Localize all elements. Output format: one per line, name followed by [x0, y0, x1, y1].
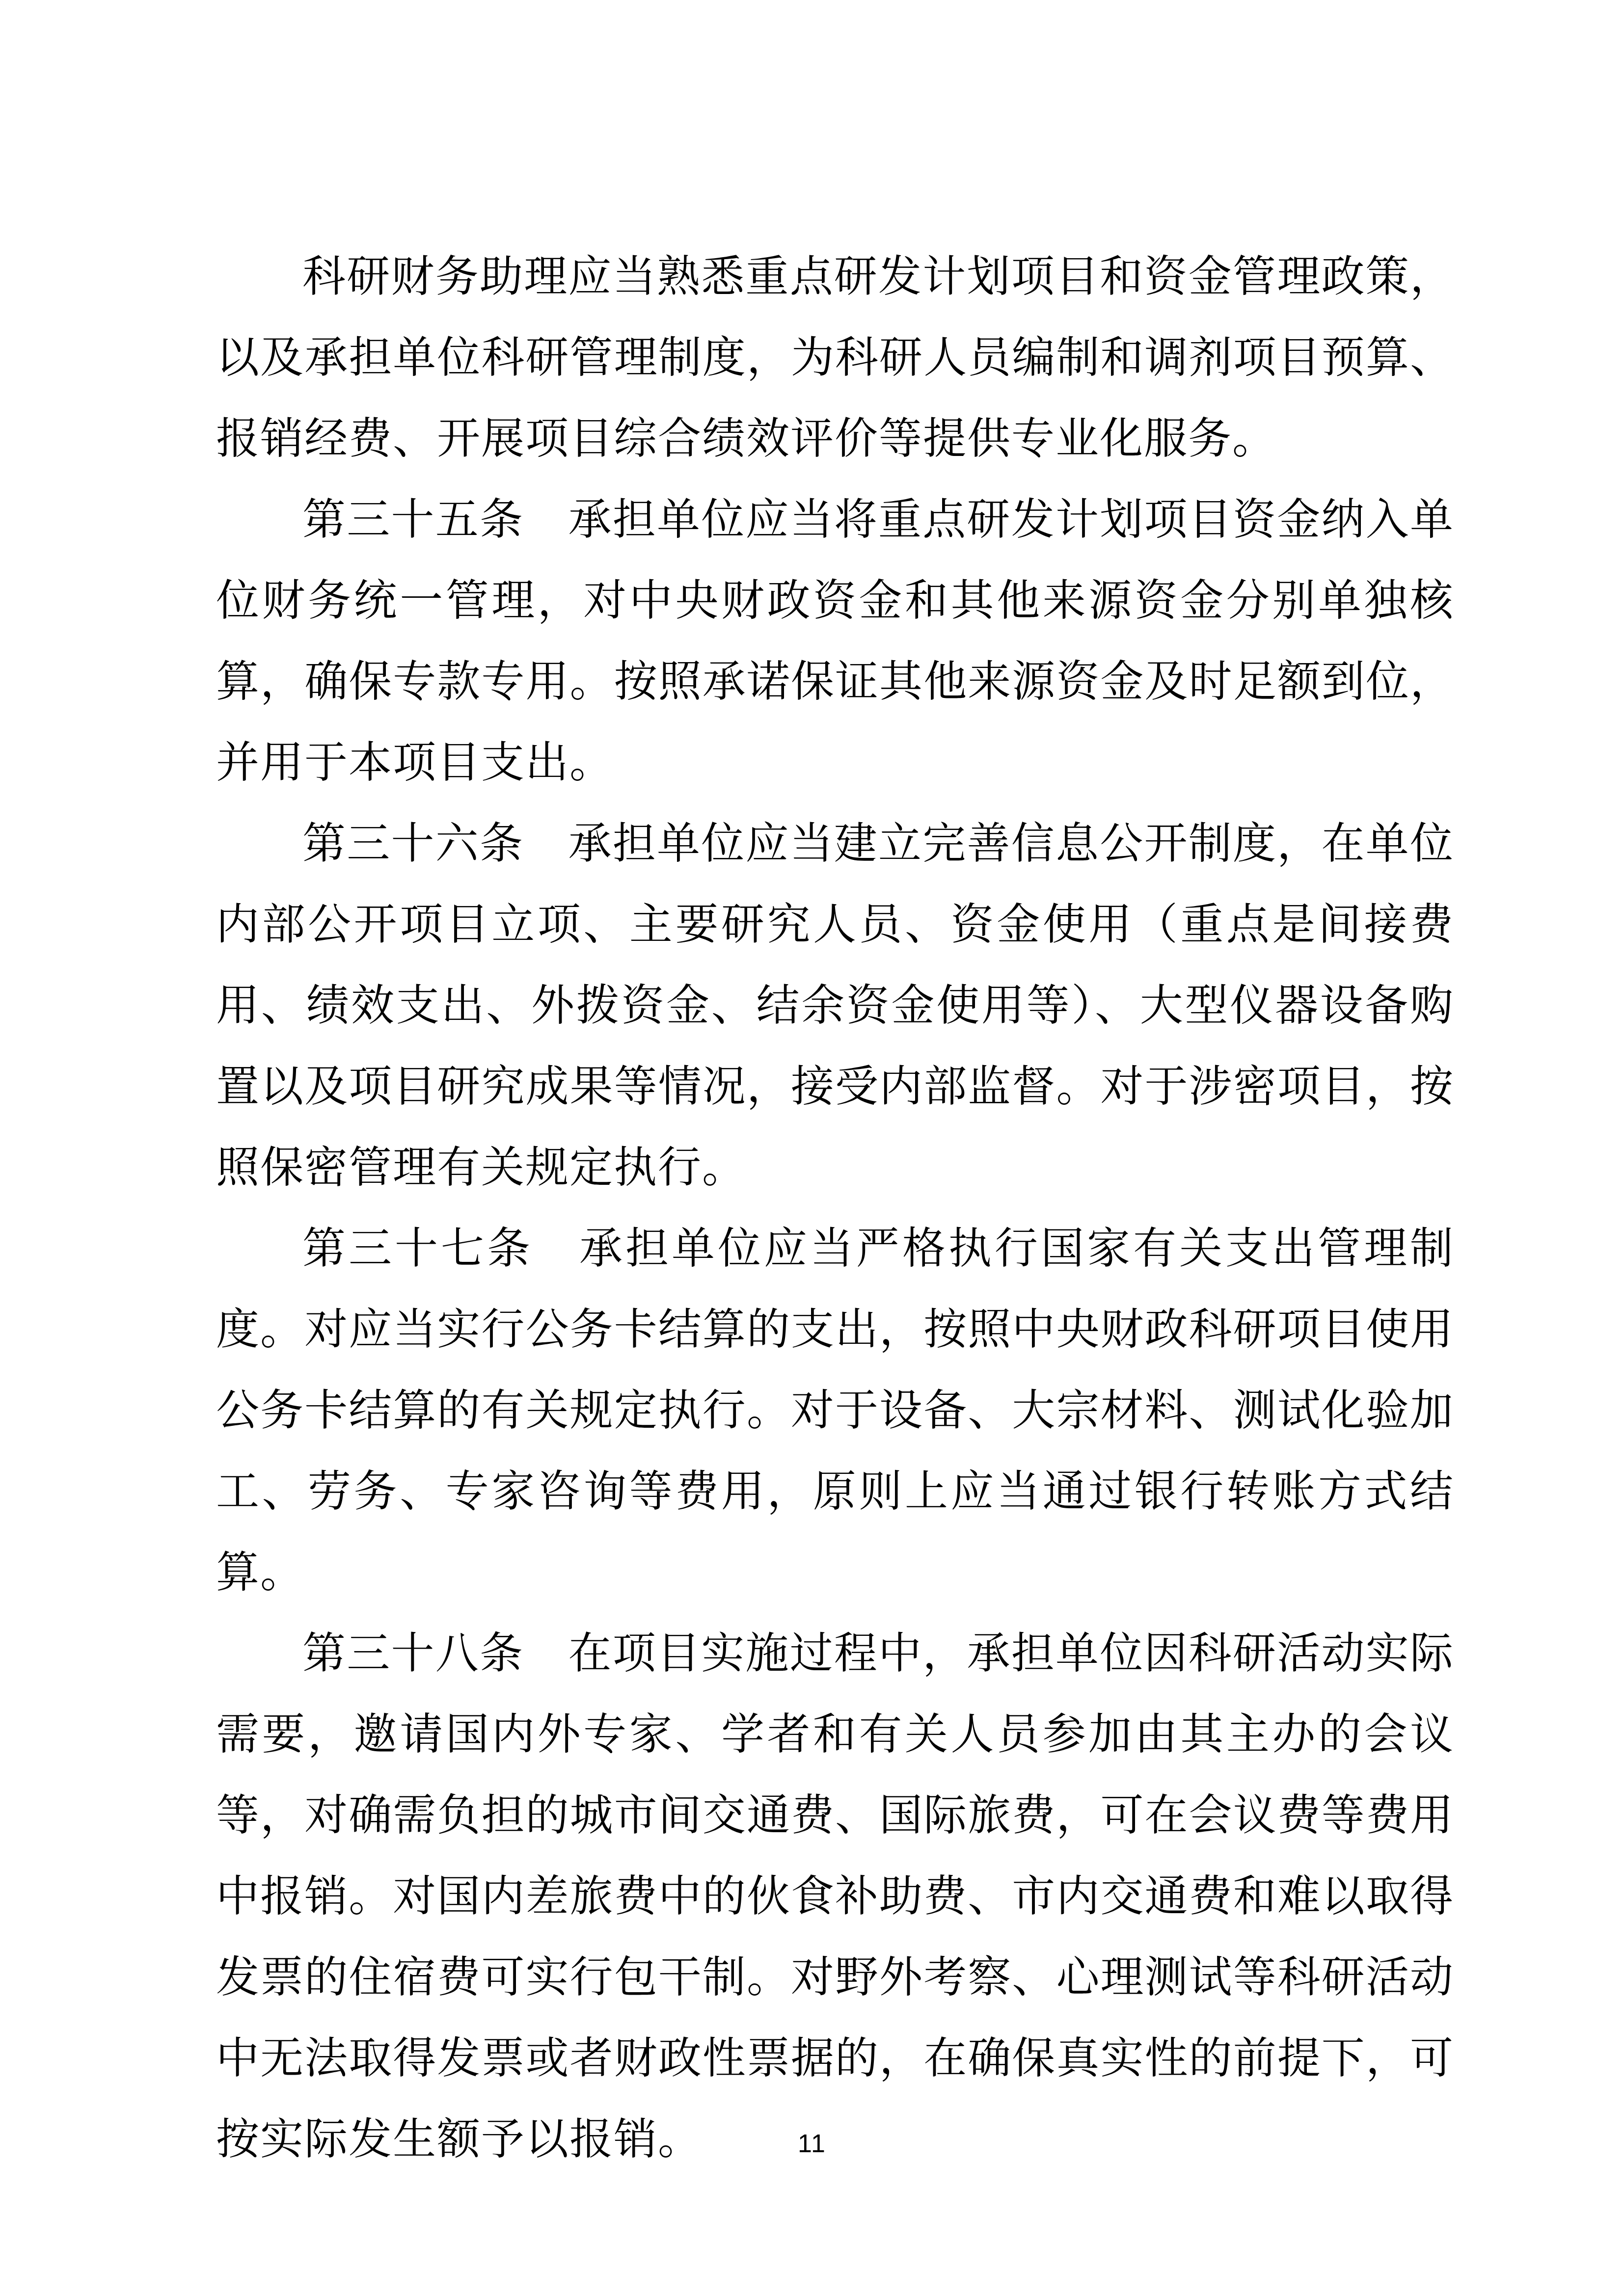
paragraph-article-38: 第三十八条 在项目实施过程中，承担单位因科研活动实际需要，邀请国内外专家、学者和… [216, 1613, 1454, 2180]
document-page: 科研财务助理应当熟悉重点研发计划项目和资金管理政策，以及承担单位科研管理制度，为… [0, 0, 1624, 2296]
page-number: 11 [798, 2130, 826, 2158]
paragraph-article-36: 第三十六条 承担单位应当建立完善信息公开制度，在单位内部公开项目立项、主要研究人… [216, 803, 1454, 1208]
paragraph-article-35: 第三十五条 承担单位应当将重点研发计划项目资金纳入单位财务统一管理，对中央财政资… [216, 480, 1454, 803]
paragraph-article-37: 第三十七条 承担单位应当严格执行国家有关支出管理制度。对应当实行公务卡结算的支出… [216, 1208, 1454, 1613]
document-text: 科研财务助理应当熟悉重点研发计划项目和资金管理政策，以及承担单位科研管理制度，为… [216, 237, 1454, 2180]
paragraph-intro: 科研财务助理应当熟悉重点研发计划项目和资金管理政策，以及承担单位科研管理制度，为… [216, 237, 1454, 480]
page-footer: 11 [0, 2129, 1624, 2159]
